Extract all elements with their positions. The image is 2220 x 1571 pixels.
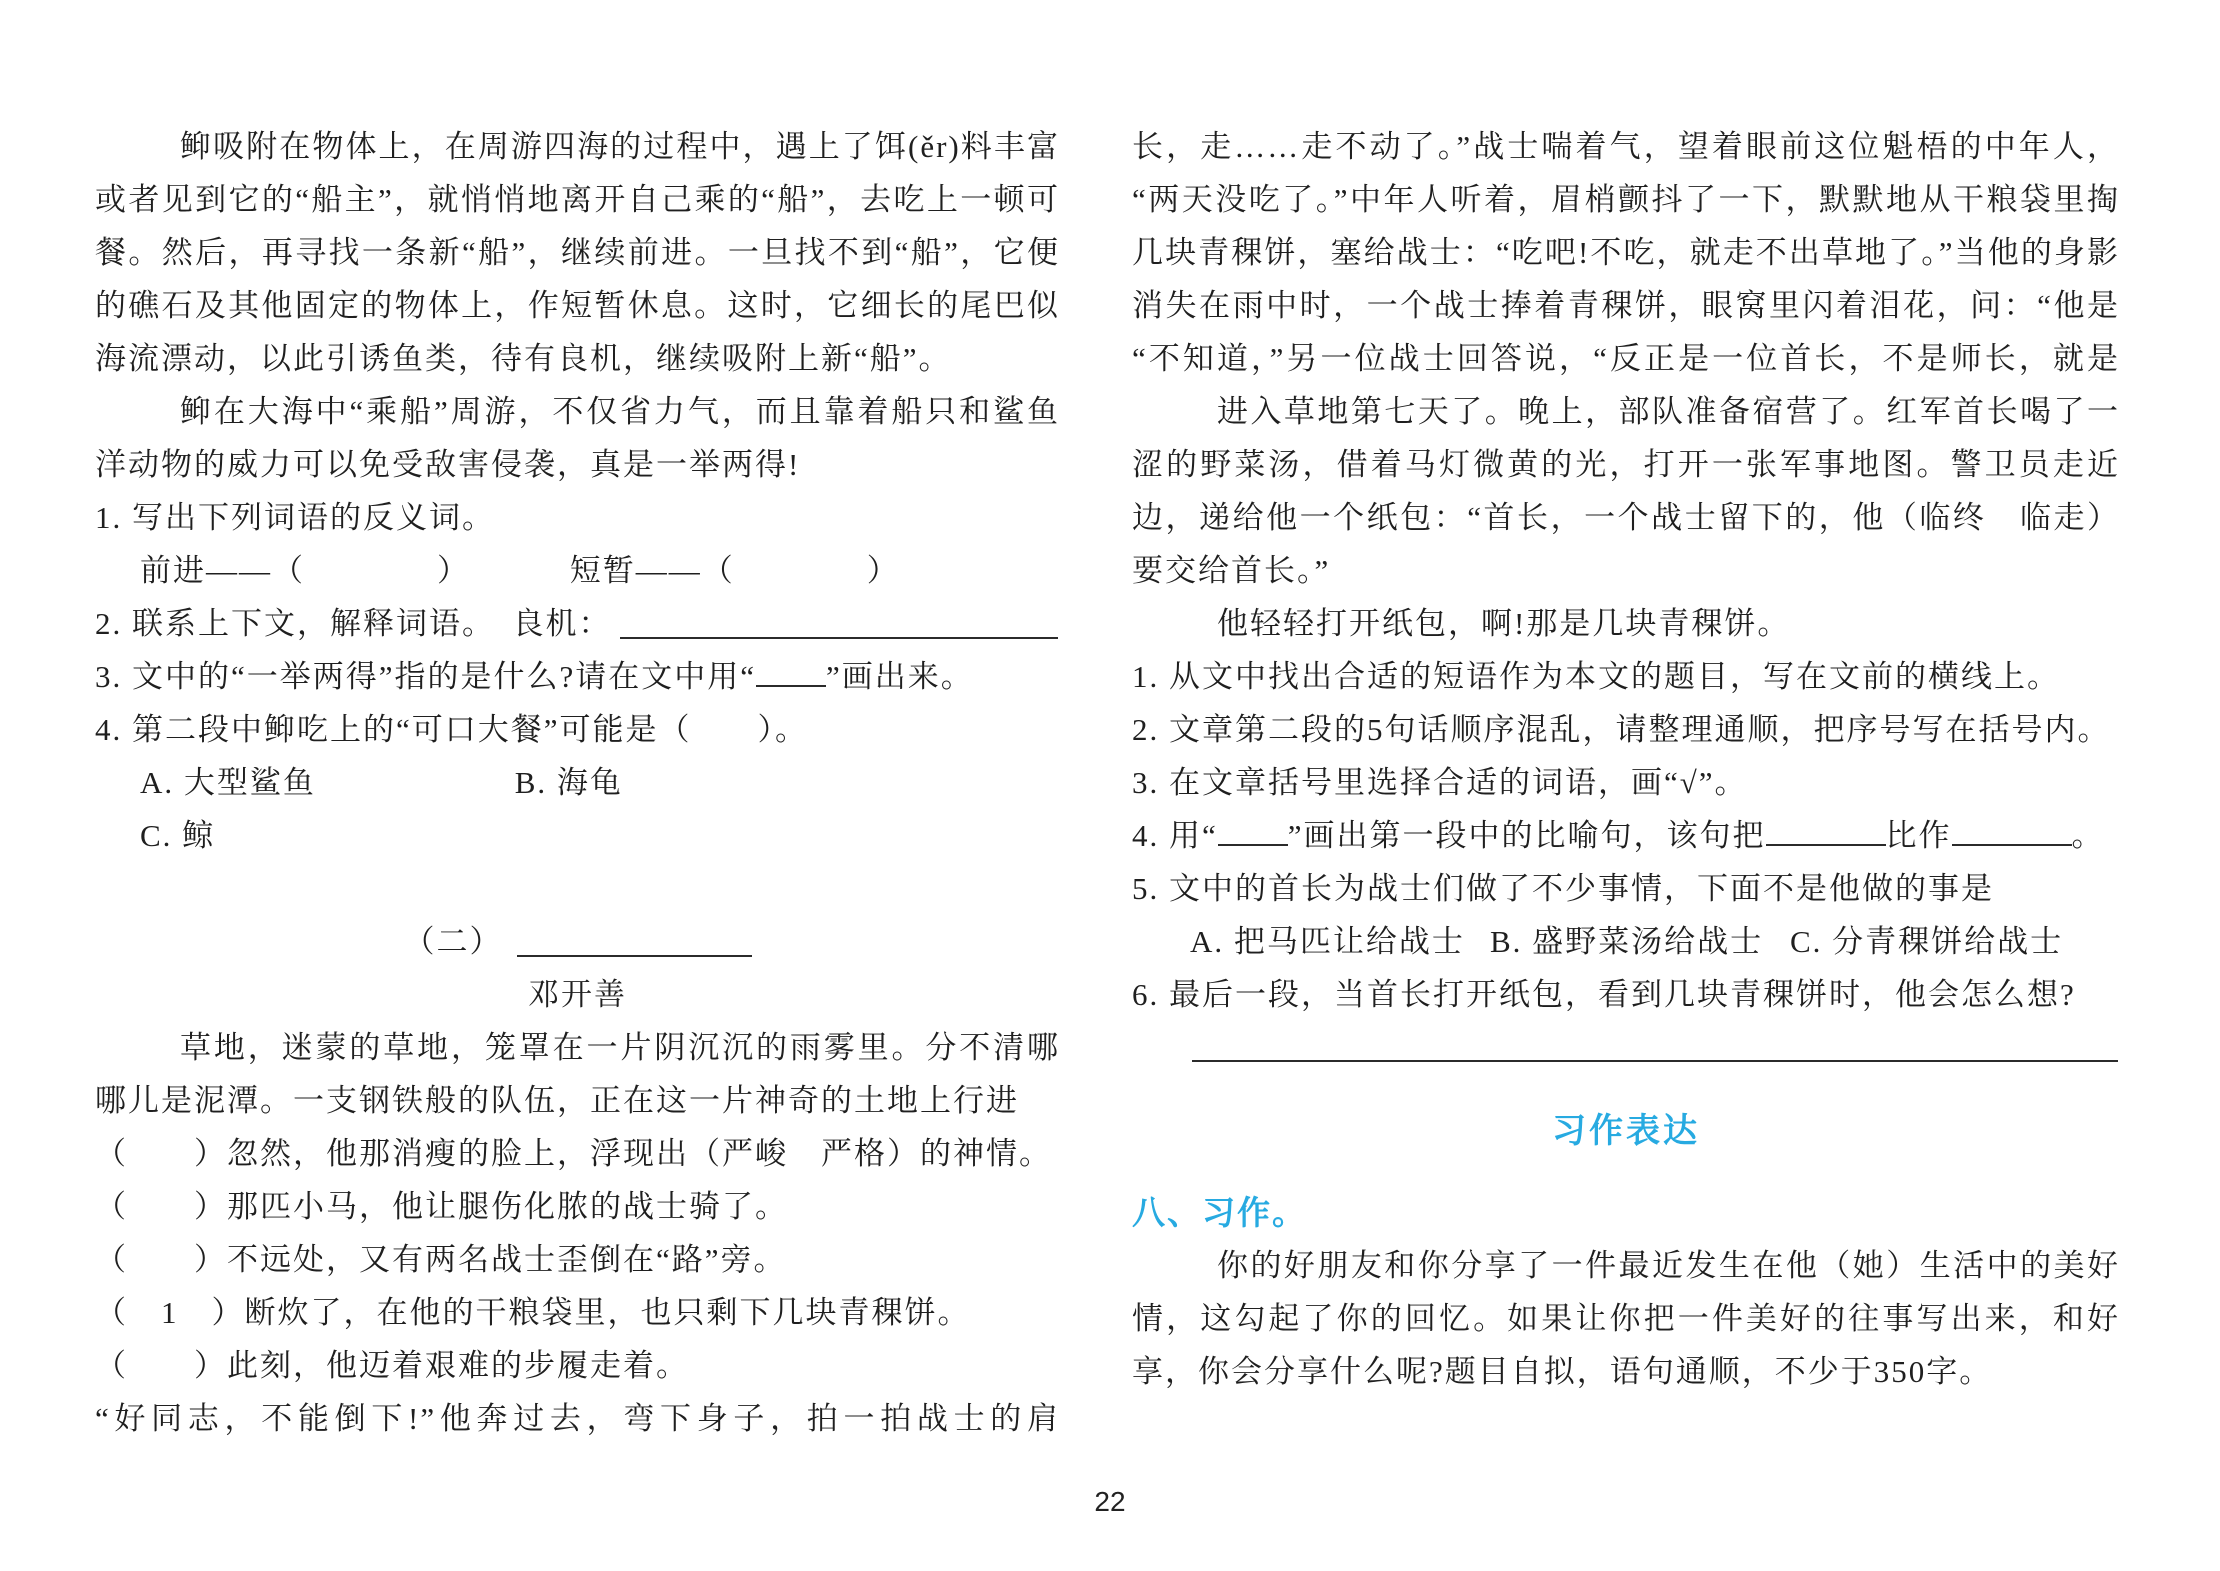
inline-blank xyxy=(756,685,826,687)
choice-a: A. 大型鲨鱼 xyxy=(95,756,505,809)
answer-blank-line xyxy=(620,637,1059,639)
passage6-line: 要交给首长。” xyxy=(1132,544,2120,597)
r-question-3: 3. 在文章括号里选择合适的词语，画“√”。 xyxy=(1132,756,2120,809)
passage6-line: 边，递给他一个纸包：“首长，一个战士留下的，他（临终 临走）时说，一定 xyxy=(1132,491,2120,544)
r-question-1: 1. 从文中找出合适的短语作为本文的题目，写在文前的横线上。 xyxy=(1132,650,2120,703)
inline-blank xyxy=(1952,844,2072,846)
ordering-item: （ ）那匹小马，他让腿伤化脓的战士骑了。 xyxy=(95,1180,1060,1233)
writing-task-label: 八、习作。 xyxy=(1132,1186,2120,1239)
passage3-line: 哪儿是泥潭。一支钢铁般的队伍，正在这一片神奇的土地上行进着。 xyxy=(95,1074,1060,1127)
inline-blank xyxy=(1766,844,1886,846)
spacer xyxy=(1132,1074,2120,1102)
ordering-item: （ ）不远处，又有两名战士歪倒在“路”旁。 xyxy=(95,1233,1060,1286)
prompt-line: 你的好朋友和你分享了一件最近发生在他（她）生活中的美好的事 xyxy=(1132,1239,2120,1292)
author-name: 邓开善 xyxy=(95,968,1060,1021)
r-choice-b: B. 盛野菜汤给战士 xyxy=(1490,915,1790,968)
section-two-heading: （二） xyxy=(95,915,1060,968)
passage2-line: 䲟在大海中“乘船”周游，不仅省力气，而且靠着船只和鲨鱼等大型海 xyxy=(95,385,1060,438)
inline-blank xyxy=(1218,844,1288,846)
r-question-4-text: 。 xyxy=(2072,818,2105,853)
passage5-line: 消失在雨中时，一个战士捧着青稞饼，眼窝里闪着泪花，问：“他是谁呀?” xyxy=(1132,279,2120,332)
passage5-line: “两天没吃了。”中年人听着，眉梢颤抖了一下，默默地从干粮袋里掏出那 xyxy=(1132,173,2120,226)
passage1-line: 䲟吸附在物体上，在周游四海的过程中，遇上了饵(ěr)料丰富的海区 xyxy=(95,120,1060,173)
r-question-4: 4. 用“”画出第一段中的比喻句，该句把比作。 xyxy=(1132,809,2120,862)
r-choice-a: A. 把马匹让给战士 xyxy=(1190,915,1490,968)
worksheet-page: 䲟吸附在物体上，在周游四海的过程中，遇上了饵(ěr)料丰富的海区 或者见到它的“… xyxy=(0,0,2220,1571)
spacer xyxy=(95,862,1060,915)
right-column: 长，走……走不动了。”战士喘着气，望着眼前这位魁梧的中年人，轻声说： “两天没吃… xyxy=(1132,120,2120,1398)
choice-c: C. 鲸 xyxy=(95,809,505,862)
passage6-line: 进入草地第七天了。晚上，部队准备宿营了。红军首长喝了一大碗苦 xyxy=(1132,385,2120,438)
r-question-4-text: 比作 xyxy=(1886,818,1952,853)
passage2-line: 洋动物的威力可以免受敌害侵袭，真是一举两得! xyxy=(95,438,1060,491)
choice-b: B. 海龟 xyxy=(515,756,623,809)
antonym-item-forward: 前进——（ ） xyxy=(95,544,560,597)
question-2-text: 2. 联系上下文，解释词语。 良机： xyxy=(95,597,612,650)
section-two-label: （二） xyxy=(404,915,503,968)
passage4-line: “好同志，不能倒下!”他奔过去，弯下身子，拍一拍战士的肩膀。“首 xyxy=(95,1392,1060,1445)
passage1-line: 海流漂动，以此引诱鱼类，待有良机，继续吸附上新“船”。 xyxy=(95,332,1060,385)
passage1-line: 餐。然后，再寻找一条新“船”，继续前进。一旦找不到“船”，它便吸附在附近 xyxy=(95,226,1060,279)
choice-row-cd: C. 鲸 D. 大型鲨鱼捕食时吃剩下来的一些残食 xyxy=(95,809,1060,862)
writing-section-heading: 习作表达 xyxy=(1132,1102,2120,1160)
answer-rule xyxy=(1132,1021,2120,1074)
r-question-4-text: ”画出第一段中的比喻句，该句把 xyxy=(1288,818,1766,853)
left-column: 䲟吸附在物体上，在周游四海的过程中，遇上了饵(ěr)料丰富的海区 或者见到它的“… xyxy=(95,120,1060,1445)
question-3-text: 3. 文中的“一举两得”指的是什么?请在文中用“ xyxy=(95,659,756,694)
passage1-line: 的礁石及其他固定的物体上，作短暂休息。这时，它细长的尾巴似海藻随 xyxy=(95,279,1060,332)
r-question-2: 2. 文章第二段的5句话顺序混乱，请整理通顺，把序号写在括号内。 xyxy=(1132,703,2120,756)
question-3: 3. 文中的“一举两得”指的是什么?请在文中用“”画出来。 xyxy=(95,650,1060,703)
choice-row-ab: A. 大型鲨鱼 B. 海龟 xyxy=(95,756,1060,809)
passage6-line: 涩的野菜汤，借着马灯微黄的光，打开一张军事地图。警卫员走近他的身 xyxy=(1132,438,2120,491)
r-question-5: 5. 文中的首长为战士们做了不少事情，下面不是他做的事是（ ）。 xyxy=(1132,862,2120,915)
r-choice-c: C. 分青稞饼给战士 xyxy=(1790,915,2090,968)
spacer xyxy=(1132,1160,2120,1186)
passage7-line: 他轻轻打开纸包，啊!那是几块青稞饼。 xyxy=(1132,597,2120,650)
ordering-item: （ ）此刻，他迈着艰难的步履走着。 xyxy=(95,1339,1060,1392)
passage5-line: “不知道，”另一位战士回答说，“反正是一位首长，不是师长，就是政委。” xyxy=(1132,332,2120,385)
r-question-6: 6. 最后一段，当首长打开纸包，看到几块青稞饼时，他会怎么想? xyxy=(1132,968,2120,1021)
passage5-line: 长，走……走不动了。”战士喘着气，望着眼前这位魁梧的中年人，轻声说： xyxy=(1132,120,2120,173)
page-number: 22 xyxy=(0,1486,2220,1518)
answer-blank-line xyxy=(1192,1060,2118,1062)
ordering-item: （ ）忽然，他那消瘦的脸上，浮现出（严峻 严格）的神情。 xyxy=(95,1127,1060,1180)
antonym-row: 前进——（ ） 短暂——（ ） xyxy=(95,544,1060,597)
question-1: 1. 写出下列词语的反义词。 xyxy=(95,491,1060,544)
passage3-line: 草地，迷蒙的草地，笼罩在一片阴沉沉的雨雾里。分不清哪儿是“路”， xyxy=(95,1021,1060,1074)
prompt-line: 享，你会分享什么呢?题目自拟，语句通顺，不少于350字。 xyxy=(1132,1345,2120,1398)
passage5-line: 几块青稞饼，塞给战士：“吃吧!不吃，就走不出草地了。”当他的身影渐渐 xyxy=(1132,226,2120,279)
prompt-line: 情，这勾起了你的回忆。如果让你把一件美好的往事写出来，和好朋友分 xyxy=(1132,1292,2120,1345)
antonym-item-brief: 短暂——（ ） xyxy=(570,544,900,597)
r-choice-row: A. 把马匹让给战士 B. 盛野菜汤给战士 C. 分青稞饼给战士 xyxy=(1132,915,2120,968)
question-3-text-end: ”画出来。 xyxy=(826,659,974,694)
question-4: 4. 第二段中䲟吃上的“可口大餐”可能是（ ）。 xyxy=(95,703,1060,756)
question-2: 2. 联系上下文，解释词语。 良机： xyxy=(95,597,1060,650)
ordering-item: （ 1 ）断炊了，在他的干粮袋里，也只剩下几块青稞饼。 xyxy=(95,1286,1060,1339)
title-blank-line xyxy=(517,955,752,957)
passage1-line: 或者见到它的“船主”，就悄悄地离开自己乘的“船”，去吃上一顿可口的大 xyxy=(95,173,1060,226)
r-question-4-text: 4. 用“ xyxy=(1132,818,1218,853)
